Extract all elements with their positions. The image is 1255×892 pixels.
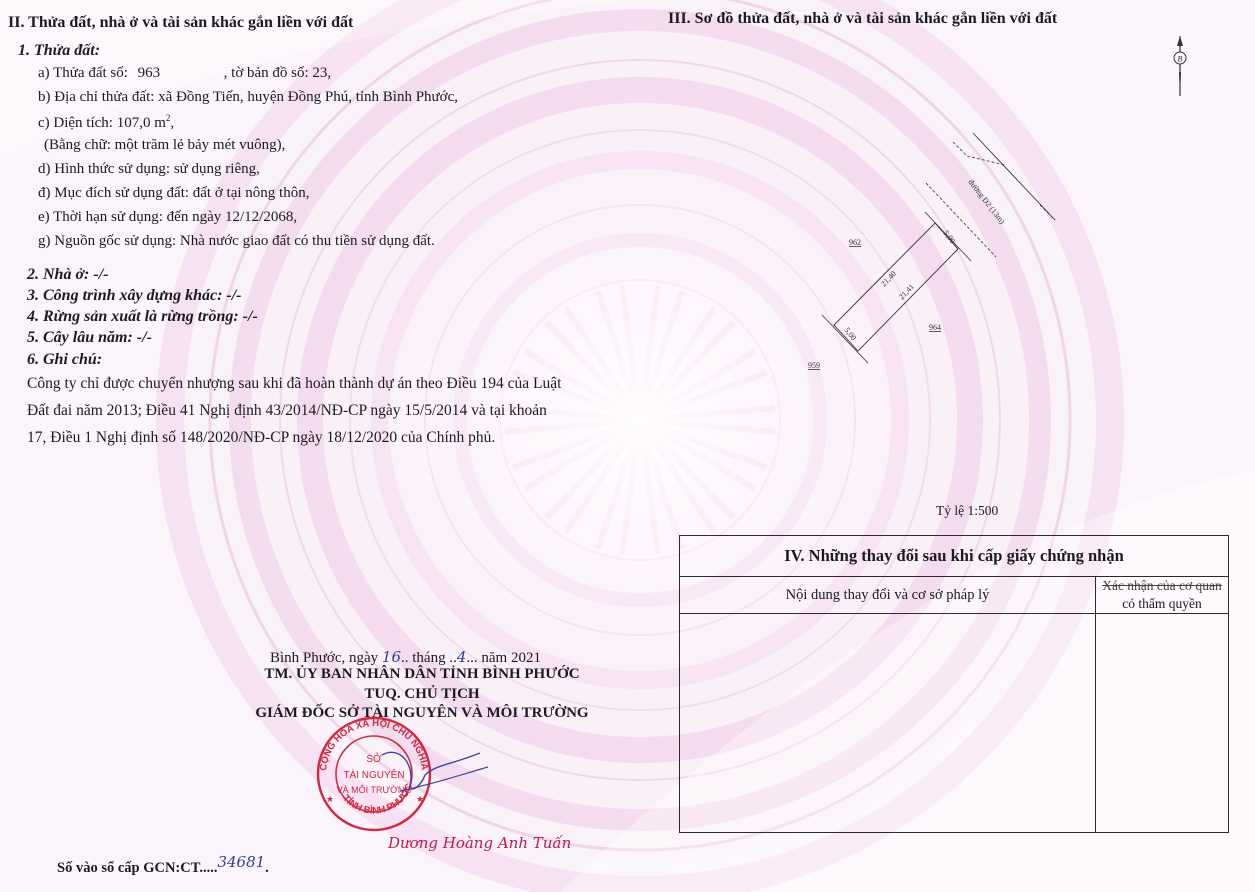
signer-name: Dương Hoàng Anh Tuấn: [388, 834, 571, 852]
house-item: 2. Nhà ở: -/-: [27, 266, 108, 284]
usage-purpose: đ) Mục đích sử dụng đất: đất ở tại nông …: [38, 185, 309, 202]
handwritten-signature: [380, 745, 490, 805]
date-month: 4: [457, 648, 467, 666]
notes-line: Công ty chỉ được chuyển nhượng sau khi đ…: [27, 370, 561, 397]
land-heading: 1. Thửa đất:: [18, 42, 100, 60]
construction-item: 3. Công trình xây dựng khác: -/-: [27, 287, 242, 305]
parcel-area-words: (Bằng chữ: một trăm lẻ bảy mét vuông),: [44, 137, 285, 154]
neighbor-parcel-962: 962: [849, 238, 861, 247]
plan-scale: Tỷ lệ 1:500: [936, 503, 998, 519]
stamp-star-icon: ★: [326, 794, 334, 804]
area-suffix: ,: [170, 115, 174, 131]
edge-right-length: 21,41: [897, 282, 916, 301]
place-date-prefix: Bình Phước, ngày: [270, 650, 378, 666]
changes-table: IV. Những thay đổi sau khi cấp giấy chứn…: [679, 535, 1229, 833]
date-day: 16: [382, 648, 401, 666]
col-authority-confirmation-header: Xác nhận của cơ quan có thẩm quyền: [1096, 577, 1229, 614]
parcel-area: c) Diện tích: 107,0 m2,: [38, 113, 174, 132]
parcel-area-value: c) Diện tích: 107,0 m: [38, 115, 166, 131]
section-4-title: IV. Những thay đổi sau khi cấp giấy chứn…: [680, 536, 1229, 577]
forest-item: 4. Rừng sản xuất là rừng trồng: -/-: [27, 308, 258, 326]
authority-header-line-2: có thẩm quyền: [1096, 595, 1228, 613]
section-3-title: III. Sơ đồ thửa đất, nhà ở và tài sản kh…: [668, 10, 1057, 28]
authority-header-line-1: Xác nhận của cơ quan: [1096, 577, 1228, 595]
registry-label: Số vào sổ cấp GCN:CT: [57, 860, 199, 876]
registry-number: 34681: [217, 853, 265, 871]
usage-form: d) Hình thức sử dụng: sử dụng riêng,: [38, 161, 260, 178]
neighbor-parcel-964: 964: [929, 323, 941, 332]
edge-bottom-length: 5,00: [842, 326, 858, 343]
year-label: năm 2021: [481, 650, 541, 666]
notes-line: 17, Điều 1 Nghị định số 148/2020/NĐ-CP n…: [27, 424, 561, 451]
notes-line: Đất đai năm 2013; Điều 41 Nghị định 43/2…: [27, 397, 561, 424]
authority-confirmation-cell: [1096, 614, 1229, 833]
authority-line-1: TM. ỦY BAN NHÂN DÂN TỈNH BÌNH PHƯỚC: [262, 666, 582, 683]
parcel-plan-diagram: đường D2 (13m) 5,00 5,00 21,40 21,41 962…: [800, 120, 1080, 380]
usage-term: e) Thời hạn sử dụng: đến ngày 12/12/2068…: [38, 209, 297, 226]
road-label: đường D2 (13m): [966, 178, 1006, 226]
parcel-number: 963: [132, 65, 224, 82]
registry-number-row: Số vào sổ cấp GCN:CT.....34681.: [57, 858, 269, 877]
change-content-cell: [680, 614, 1096, 833]
edge-top-length: 5,00: [941, 229, 957, 246]
north-symbol: B: [1178, 55, 1183, 64]
section-2-title: II. Thửa đất, nhà ở và tài sản khác gắn …: [8, 14, 353, 32]
usage-origin: g) Nguồn gốc sử dụng: Nhà nước giao đất …: [38, 233, 435, 250]
edge-left-length: 21,40: [879, 269, 898, 288]
neighbor-parcel-959: 959: [808, 361, 820, 370]
notes-body: Công ty chỉ được chuyển nhượng sau khi đ…: [27, 370, 561, 451]
parcel-address: b) Địa chỉ thửa đất: xã Đồng Tiến, huyện…: [38, 89, 458, 106]
notes-heading: 6. Ghi chú:: [27, 351, 102, 369]
perennial-item: 5. Cây lâu năm: -/-: [27, 329, 152, 347]
month-label: tháng: [412, 650, 445, 666]
place-date: Bình Phước, ngày 16.. tháng ..4... năm 2…: [270, 648, 541, 667]
authority-line-2: TUQ. CHỦ TỊCH: [262, 686, 582, 703]
parcel-number-row: a) Thửa đất số: 963, tờ bản đồ số: 23,: [38, 65, 331, 82]
north-arrow-icon: B: [1170, 34, 1190, 98]
map-sheet-number: , tờ bản đồ số: 23,: [224, 65, 332, 81]
parcel-number-label: a) Thửa đất số:: [38, 65, 128, 81]
col-change-content-header: Nội dung thay đổi và cơ sở pháp lý: [680, 577, 1096, 614]
